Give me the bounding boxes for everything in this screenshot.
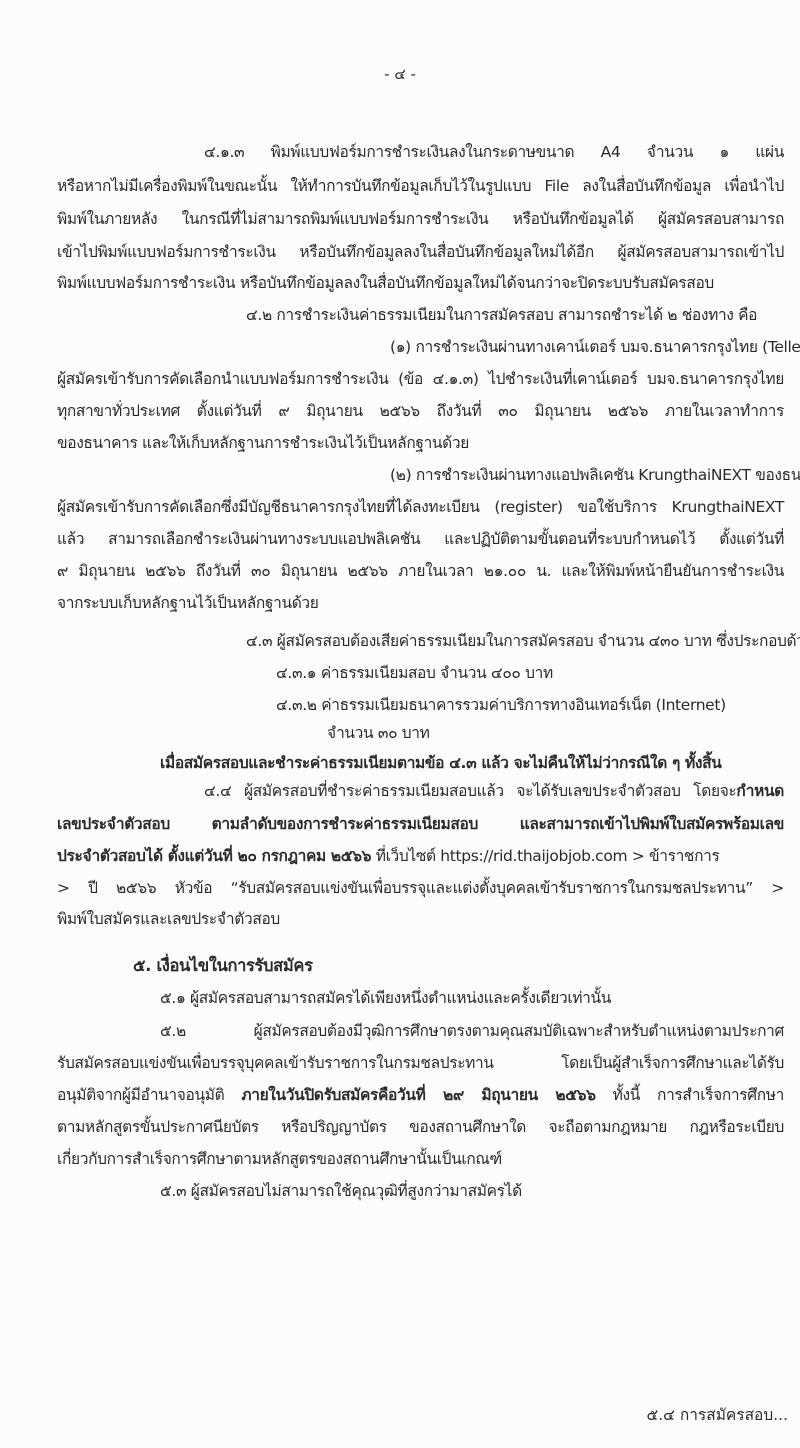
- s4-4-line-1: ๔.๔ ผู้สมัครสอบที่ชำระค่าธรรมเนียมสอบแล้…: [204, 778, 784, 804]
- page-number: - ๔ -: [0, 62, 800, 86]
- s4-3-title: ๔.๓ ผู้สมัครสอบต้องเสียค่าธรรมเนียมในการ…: [246, 628, 784, 654]
- s4-1-3-line-5: พิมพ์แบบฟอร์มการชำระเงิน หรือบันทึกข้อมู…: [57, 270, 784, 296]
- s4-4-line-1-bold: กำหนด: [736, 782, 784, 800]
- s5-item-1: ๕.๑ ผู้สมัครสอบสามารถสมัครได้เพียงหนึ่งต…: [160, 985, 784, 1011]
- s4-1-3-line-3: พิมพ์ในภายหลัง ในกรณีที่ไม่สามารถพิมพ์แบ…: [57, 206, 784, 232]
- s4-2-channel1-line-4: ของธนาคาร และให้เก็บหลักฐานการชำระเงินไว…: [57, 430, 784, 456]
- s4-2-channel2-line-2: ผู้สมัครเข้ารับการคัดเลือกซึ่งมีบัญชีธนา…: [57, 494, 784, 520]
- s5-item-3: ๕.๓ ผู้สมัครสอบไม่สามารถใช้คุณวุฒิที่สูง…: [160, 1178, 784, 1204]
- s5-item-2-line-3: อนุมัติจากผู้มีอำนาจอนุมัติ ภายในวันปิดร…: [57, 1082, 784, 1108]
- s5-item-2-line-1: ๕.๒ ผู้สมัครสอบต้องมีวุฒิการศึกษาตรงตามค…: [160, 1018, 784, 1044]
- s4-3-item-2: ๔.๓.๒ ค่าธรรมเนียมธนาคารรวมค่าบริการทางอ…: [276, 692, 784, 718]
- s4-4-line-5: พิมพ์ใบสมัครและเลขประจำตัวสอบ: [57, 906, 784, 932]
- s5-heading: ๕. เงื่อนไขในการรับสมัคร: [133, 953, 784, 979]
- s4-2-channel2-line-4: ๙ มิถุนายน ๒๕๖๖ ถึงวันที่ ๓๐ มิถุนายน ๒๕…: [57, 558, 784, 584]
- s5-item-2-line-4: ตามหลักสูตรขั้นประกาศนียบัตร หรือปริญญาบ…: [57, 1114, 784, 1140]
- s4-1-3-line-1: ๔.๑.๓ พิมพ์แบบฟอร์มการชำระเงินลงในกระดาษ…: [204, 139, 784, 165]
- document-page: - ๔ - ๔.๑.๓ พิมพ์แบบฟอร์มการชำระเงินลงใน…: [0, 0, 800, 1448]
- s5-item-2-line-3-text: อนุมัติจากผู้มีอำนาจอนุมัติ: [57, 1086, 241, 1104]
- s4-3-refund-note: เมื่อสมัครสอบและชำระค่าธรรมเนียมตามข้อ ๔…: [160, 750, 784, 776]
- continuation-marker: ๕.๔ การสมัครสอบ...: [647, 1402, 789, 1427]
- s4-2-channel2-line-3: แล้ว สามารถเลือกชำระเงินผ่านทางระบบแอปพล…: [57, 526, 784, 552]
- s4-2-channel2-line-1: (๒) การชำระเงินผ่านทางแอปพลิเคชัน Krungt…: [390, 462, 784, 488]
- s4-3-item-2-amount: จำนวน ๓๐ บาท: [327, 720, 784, 746]
- s4-3-item-1: ๔.๓.๑ ค่าธรรมเนียมสอบ จำนวน ๔๐๐ บาท: [276, 660, 784, 686]
- s4-2-channel1-line-2: ผู้สมัครเข้ารับการคัดเลือกนำแบบฟอร์มการช…: [57, 366, 784, 392]
- s4-1-3-line-2: หรือหากไม่มีเครื่องพิมพ์ในขณะนั้น ให้ทำก…: [57, 173, 784, 199]
- s4-2-title: ๔.๒ การชำระเงินค่าธรรมเนียมในการสมัครสอบ…: [246, 302, 784, 328]
- s4-1-3-line-4: เข้าไปพิมพ์แบบฟอร์มการชำระเงิน หรือบันทึ…: [57, 239, 784, 265]
- s4-4-line-1-text: ๔.๔ ผู้สมัครสอบที่ชำระค่าธรรมเนียมสอบแล้…: [204, 782, 736, 800]
- s5-item-2-line-3-tail: ทั้งนี้ การสำเร็จการศึกษา: [596, 1086, 784, 1104]
- s4-2-channel1-line-3: ทุกสาขาทั่วประเทศ ตั้งแต่วันที่ ๙ มิถุนา…: [57, 398, 784, 424]
- s5-item-2-line-2: รับสมัครสอบแข่งขันเพื่อบรรจุบุคคลเข้ารับ…: [57, 1050, 784, 1076]
- s4-2-channel2-line-5: จากระบบเก็บหลักฐานไว้เป็นหลักฐานด้วย: [57, 590, 784, 616]
- s4-2-channel1-line-1: (๑) การชำระเงินผ่านทางเคาน์เตอร์ บมจ.ธนา…: [390, 334, 784, 360]
- s5-item-2-deadline: ภายในวันปิดรับสมัครคือวันที่ ๒๙ มิถุนายน…: [241, 1086, 595, 1104]
- s5-item-2-line-5: เกี่ยวกับการสำเร็จการศึกษาตามหลักสูตรของ…: [57, 1146, 784, 1172]
- s4-4-line-4: > ปี ๒๕๖๖ หัวข้อ “รับสมัครสอบแข่งขันเพื่…: [57, 875, 784, 901]
- s4-4-line-2: เลขประจำตัวสอบ ตามลำดับของการชำระค่าธรรม…: [57, 811, 784, 837]
- s4-4-website-link[interactable]: ที่เว็บไซต์ https://rid.thaijobjob.com >…: [371, 847, 719, 865]
- s4-4-line-3: ประจำตัวสอบได้ ตั้งแต่วันที่ ๒๐ กรกฎาคม …: [57, 843, 784, 869]
- s4-4-line-3-bold: ประจำตัวสอบได้ ตั้งแต่วันที่ ๒๐ กรกฎาคม …: [57, 847, 371, 865]
